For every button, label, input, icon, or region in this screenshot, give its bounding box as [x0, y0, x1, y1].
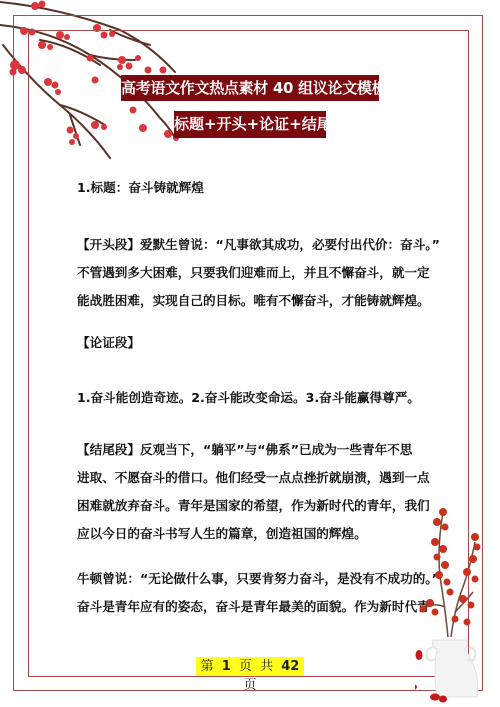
quote-line-1: 牛顿曾说：“无论做什么事，只要肯努力奋斗，是没有不成功的。”: [77, 568, 440, 587]
opening-line-1: 【开头段】爱默生曾说：“凡事欲其成功，必要付出代价：奋斗。”: [77, 234, 440, 253]
opening-line-2: 不管遇到多大困难，只要我们迎难而上，并且不懈奋斗，就一定: [77, 262, 430, 281]
total-pages-number: 42: [281, 659, 299, 674]
page-label-suffix: 页: [243, 678, 256, 693]
essay-heading: 1.标题：奋斗铸就辉煌: [77, 177, 204, 196]
closing-line-2: 进取、不愿奋斗的借口。他们经受一点点挫折就崩溃，遇到一点: [77, 467, 430, 486]
current-page-number: 1: [222, 659, 231, 674]
document-subtitle: 标题+开头+论证+结尾: [174, 111, 326, 138]
argument-points: 1.奋斗能创造奇迹。2.奋斗能改变命运。3.奋斗能赢得尊严。: [77, 387, 420, 406]
page-number-footer: 第 1 页 共 42 页: [196, 657, 304, 676]
argument-section-label: 【论证段】: [77, 332, 140, 351]
opening-line-3: 能战胜困难，实现自己的目标。唯有不懈奋斗，才能铸就辉煌。: [77, 290, 430, 309]
document-title: 高考语文作文热点素材 40 组议论文模板: [121, 75, 379, 101]
page-label-mid: 页 共: [239, 659, 273, 674]
closing-line-1: 【结尾段】反观当下，“躺平”与“佛系”已成为一些青年不思: [77, 439, 412, 458]
quote-line-2: 奋斗是青年应有的姿态，奋斗是青年最美的面貌。作为新时代青: [77, 596, 430, 615]
closing-line-3: 困难就放弃奋斗。青年是国家的希望，作为新时代的青年，我们: [77, 495, 430, 514]
page-label-prefix: 第: [201, 659, 214, 674]
vase-with-berries-decoration-icon: [415, 497, 500, 707]
closing-line-4: 应以今日的奋斗书写人生的篇章，创造祖国的辉煌。: [77, 523, 367, 542]
